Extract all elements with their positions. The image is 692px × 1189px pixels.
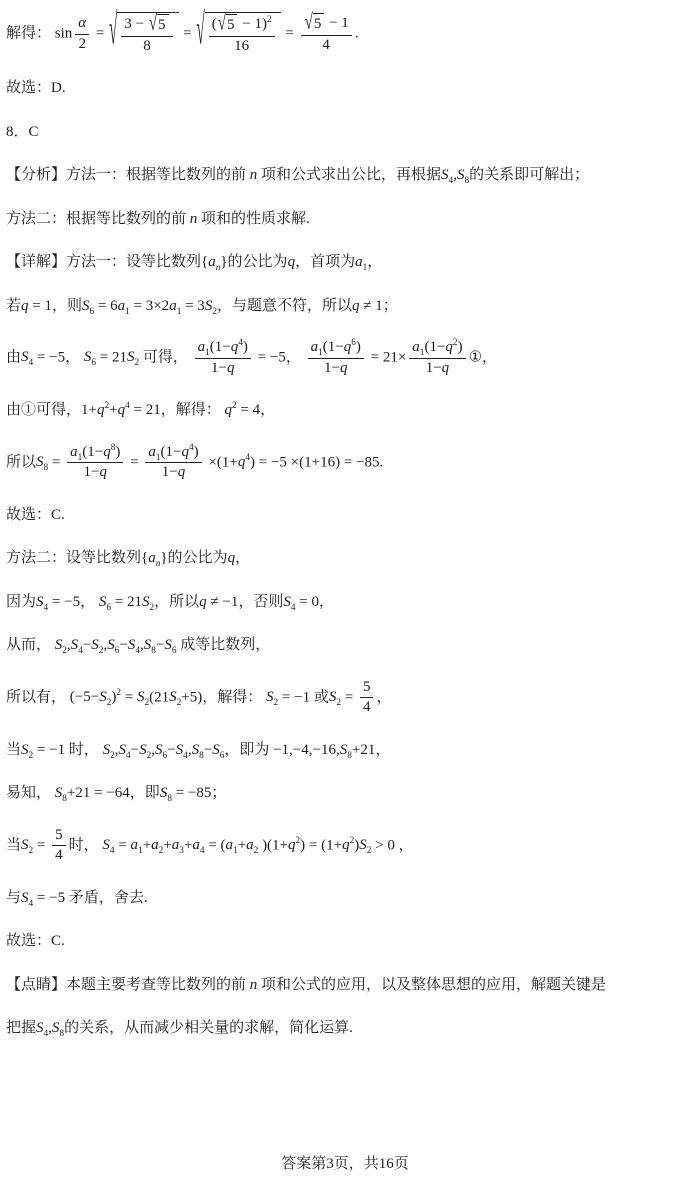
math-variable: S4 <box>441 167 453 183</box>
math-variable: q2 <box>224 402 236 418</box>
text-run: ) = (1+ <box>300 837 342 853</box>
text-run: (1− <box>210 339 231 355</box>
math-variable: a1 <box>148 444 160 460</box>
contradiction: 与S4 = −5 矛盾，舍去. <box>6 887 684 910</box>
math-variable: a3 <box>172 837 184 853</box>
text-run: = 21，解得： <box>130 402 225 418</box>
conclude-s8: 易知， S8+21 = −64，即S8 = −85； <box>6 782 684 805</box>
fraction: √5 − 14 <box>300 13 353 55</box>
text-run: = <box>115 837 131 853</box>
math-variable: q <box>199 594 207 610</box>
math-variable: S4 <box>128 637 140 653</box>
text-run: − 1) <box>238 16 266 32</box>
method2-setup: 方法二：设等比数列{an}的公比为q， <box>6 547 684 570</box>
math-variable: q <box>228 550 236 566</box>
text-run: = <box>180 25 196 41</box>
text-run: 【分析】方法一：根据等比数列的前 <box>6 167 250 183</box>
math-variable: S4 <box>119 742 131 758</box>
text-run: = <box>33 837 49 853</box>
case-s2-five-fourths: 当S2 = 54时， S4 = a1+a2+a3+a4 = (a1+a2 )(1… <box>6 826 684 866</box>
text-run: 由①可得，1+ <box>6 402 97 418</box>
document-body: 解得： sinα2 = √3 − √58 = √(√5 − 1)216 = √5… <box>6 12 684 1061</box>
math-variable: q <box>178 464 186 480</box>
math-script: (−5−S2)2 <box>70 689 121 705</box>
text-run: 方法二：设等比数列{ <box>6 550 148 566</box>
text-run: 由 <box>6 349 21 365</box>
math-variable: a1 <box>226 837 238 853</box>
case-q-equals-1: 若q = 1，则S6 = 6a1 = 3×2a1 = 3S2，与题意不符，所以q… <box>6 295 684 318</box>
math-variable: S2 <box>266 689 278 705</box>
math-variable: S8 <box>55 785 67 801</box>
math-variable: S8 <box>340 742 352 758</box>
math-variable: S8 <box>36 454 48 470</box>
radical: √5 <box>305 13 325 35</box>
math-variable: an <box>148 550 160 566</box>
fraction: 54 <box>51 826 67 866</box>
math-variable: q <box>100 464 108 480</box>
text-run: = −5 矛盾，舍去. <box>33 890 147 906</box>
math-variable: q2 <box>288 837 300 853</box>
math-variable: q <box>227 360 235 376</box>
text-run: 从而， <box>6 637 55 653</box>
math-variable: S4 <box>21 890 33 906</box>
math-variable: S2 <box>91 637 103 653</box>
math-variable: q6 <box>344 339 356 355</box>
text-run: ，所以 <box>154 594 199 610</box>
radical-sign-icon: √ <box>305 12 313 34</box>
text-run: = 4， <box>237 402 275 418</box>
text-run: 1− <box>211 360 227 376</box>
text-run: + <box>238 837 246 853</box>
math-variable: S2 <box>359 837 371 853</box>
text-run: ，首项为 <box>295 254 355 270</box>
radical-sign-icon: √ <box>218 13 226 35</box>
text-run: 把握 <box>6 1020 36 1036</box>
math-variable: S4 <box>176 742 188 758</box>
math-variable: S4 <box>283 594 295 610</box>
text-run: }的公比为 <box>220 254 287 270</box>
derive-sin-line: 解得： sinα2 = √3 − √58 = √(√5 − 1)216 = √5… <box>6 12 684 56</box>
text-run: 的关系，从而减少相关量的求解，简化运算. <box>64 1020 353 1036</box>
text-run: (−5− <box>70 689 99 705</box>
text-run: 1− <box>84 464 100 480</box>
text-run: (1− <box>323 339 344 355</box>
text-run: = 3×2 <box>130 298 169 314</box>
fraction: a1(1−q4)1−q <box>144 443 202 483</box>
math-variable: a1 <box>412 339 424 355</box>
text-run: 成等比数列， <box>177 637 271 653</box>
math-variable: a2 <box>246 837 258 853</box>
text-run: 3 − <box>124 16 147 32</box>
math-variable: q <box>21 298 29 314</box>
math-variable: S6 <box>212 742 224 758</box>
solve-q-squared: 由①可得，1+q2+q4 = 21，解得： q2 = 4， <box>6 399 684 422</box>
text-run: 的关系即可解出； <box>469 167 589 183</box>
text-run: 【点睛】本题主要考查等比数列的前 <box>6 977 250 993</box>
text-run: − <box>119 637 127 653</box>
text-run: ，即为 −1,−4,−16, <box>224 742 339 758</box>
answer-choice-d: 故选：D. <box>6 77 684 100</box>
text-run: = 1，则 <box>29 298 82 314</box>
text-run: 可得， <box>139 349 192 365</box>
text-run: ， <box>367 254 382 270</box>
fraction: 3 − √58 <box>120 14 173 56</box>
text-run: = <box>92 25 108 41</box>
radical: √5 <box>149 14 169 36</box>
text-run: = 21 <box>96 349 127 365</box>
radical-sign-icon: √ <box>197 11 205 55</box>
math-variable: q2 <box>97 402 109 418</box>
text-run: 项和公式求出公比，再根据 <box>257 167 441 183</box>
math-variable: S2 <box>21 742 33 758</box>
text-run: = 3 <box>181 298 204 314</box>
math-variable: S8 <box>144 637 156 653</box>
radical: √3 − √58 <box>109 12 178 56</box>
text-run: − <box>204 742 212 758</box>
math-variable: a1 <box>198 339 210 355</box>
text-run: = −5， <box>254 349 305 365</box>
text-run: +5)，解得： <box>181 689 266 705</box>
document-page: 解得： sinα2 = √3 − √58 = √(√5 − 1)216 = √5… <box>0 0 692 1189</box>
text-run: = −5， <box>33 349 84 365</box>
fraction: a1(1−q6)1−q <box>307 338 365 378</box>
fraction: a1(1−q8)1−q <box>66 443 124 483</box>
math-variable: S4 <box>36 1020 48 1036</box>
method2-conditions: 因为S4 = −5， S6 = 21S2，所以q ≠ −1，否则S4 = 0， <box>6 591 684 614</box>
math-variable: S8 <box>192 742 204 758</box>
text-run: 故选：C. <box>6 933 65 949</box>
fraction: a1(1−q4)1−q <box>194 338 252 378</box>
radical: √(√5 − 1)216 <box>197 12 281 56</box>
fraction: a1(1−q2)1−q <box>408 338 466 378</box>
text-run: − 1 <box>325 15 348 31</box>
math-variable: a1 <box>118 298 130 314</box>
math-variable: a1 <box>311 339 323 355</box>
math-variable: S2 <box>142 594 154 610</box>
solve-s2: 所以有， (−5−S2)2 = S2(21S2+5)，解得： S2 = −1 或… <box>6 678 684 718</box>
text-run: = <box>48 454 64 470</box>
math-variable: a2 <box>151 837 163 853</box>
text-run: 当 <box>6 742 21 758</box>
radical: √5 <box>218 14 238 36</box>
page-footer: 答案第3页，共16页 <box>6 1153 684 1176</box>
text-run: 与 <box>6 890 21 906</box>
detail-method1-setup: 【详解】方法一：设等比数列{an}的公比为q，首项为a1， <box>6 251 684 274</box>
math-variable: S2 <box>139 742 151 758</box>
math-variable: a1 <box>131 837 143 853</box>
math-variable: q4 <box>238 454 250 470</box>
math-variable: S6 <box>82 298 94 314</box>
text-run: 解得： sin <box>6 25 72 41</box>
text-run: = 21× <box>367 349 406 365</box>
math-variable: a1 <box>169 298 181 314</box>
analysis-method2: 方法二：根据等比数列的前 n 项和的性质求解. <box>6 208 684 231</box>
text-run: 故选：D. <box>6 80 66 96</box>
text-run: = −1 或 <box>278 689 329 705</box>
text-run: (21 <box>149 689 169 705</box>
math-variable: S2 <box>205 298 217 314</box>
sum-formula-equations: 由S4 = −5， S6 = 21S2 可得， a1(1−q4)1−q = −5… <box>6 338 684 378</box>
text-run: (1− <box>82 444 103 460</box>
fraction: 54 <box>359 678 375 718</box>
math-variable: a1 <box>355 254 367 270</box>
math-variable: q2 <box>445 339 457 355</box>
math-variable: S4 <box>36 594 48 610</box>
math-variable: S2 <box>55 637 67 653</box>
radical-sign-icon: √ <box>109 11 117 55</box>
text-run: ) <box>115 444 120 460</box>
text-run: (1− <box>161 444 182 460</box>
text-run: = <box>126 454 142 470</box>
text-run: ) <box>194 444 199 460</box>
text-run: 1− <box>324 360 340 376</box>
text-run: ①， <box>469 349 497 365</box>
text-run: = <box>282 25 298 41</box>
text-run: ( <box>212 16 217 32</box>
text-run: ，与题意不符，所以 <box>217 298 352 314</box>
math-variable: S2 <box>169 689 181 705</box>
math-variable: α <box>78 15 86 31</box>
text-run: )(1+ <box>258 837 288 853</box>
key-point-1: 【点睛】本题主要考查等比数列的前 n 项和公式的应用，以及整体思想的应用，解题关… <box>6 974 684 997</box>
text-run: ) <box>243 339 248 355</box>
text-run: = 6 <box>94 298 117 314</box>
text-run: 时， <box>69 837 103 853</box>
math-variable: S2 <box>137 689 149 705</box>
math-script: (√5 − 1)2 <box>212 16 272 32</box>
math-variable: S6 <box>99 594 111 610</box>
text-run: 若 <box>6 298 21 314</box>
math-variable: S2 <box>329 689 341 705</box>
text-run: +21， <box>352 742 390 758</box>
text-run: ≠ −1，否则 <box>207 594 284 610</box>
text-run: ×(1+ <box>205 454 238 470</box>
text-run: − <box>131 742 139 758</box>
math-variable: S8 <box>52 1020 64 1036</box>
text-run: 项和的性质求解. <box>197 211 310 227</box>
text-run: = ( <box>205 837 226 853</box>
compute-s8: 所以S8 = a1(1−q8)1−q = a1(1−q4)1−q ×(1+q4)… <box>6 443 684 483</box>
math-variable: an <box>208 254 220 270</box>
math-variable: S4 <box>21 349 33 365</box>
math-variable: q4 <box>118 402 130 418</box>
math-variable: S6 <box>84 349 96 365</box>
text-run: = −1 时， <box>33 742 102 758</box>
math-variable: S6 <box>107 637 119 653</box>
text-run: ) <box>356 339 361 355</box>
answer-choice-c-method2: 故选：C. <box>6 930 684 953</box>
text-run: }的公比为 <box>160 550 227 566</box>
text-run: ， <box>235 550 250 566</box>
text-run: (1− <box>424 339 445 355</box>
math-variable: S4 <box>102 837 114 853</box>
text-run: ) = −5 ×(1+16) = −85. <box>250 454 383 470</box>
math-variable: q <box>288 254 296 270</box>
case-s2-neg1: 当S2 = −1 时， S2,S4−S2,S6−S4,S8−S6，即为 −1,−… <box>6 739 684 762</box>
text-run: ) <box>458 339 463 355</box>
text-run: = <box>121 689 137 705</box>
text-run: +21 = −64，即 <box>67 785 160 801</box>
radical-sign-icon: √ <box>149 13 157 35</box>
text-run: + <box>163 837 171 853</box>
text-run: ≠ 1； <box>359 298 397 314</box>
question-8-answer: 8．C <box>6 121 684 144</box>
math-variable: S2 <box>103 742 115 758</box>
text-run: = <box>341 689 357 705</box>
text-run: 当 <box>6 837 21 853</box>
math-variable: S6 <box>164 637 176 653</box>
math-variable: q <box>442 360 450 376</box>
math-variable: S8 <box>457 167 469 183</box>
text-run: 8．C <box>6 124 39 140</box>
text-run: 故选：C. <box>6 507 65 523</box>
math-variable: S4 <box>71 637 83 653</box>
text-run: + <box>143 837 151 853</box>
analysis-method1: 【分析】方法一：根据等比数列的前 n 项和公式求出公比，再根据S4,S8的关系即… <box>6 164 684 187</box>
math-variable: q8 <box>103 444 115 460</box>
math-variable: S8 <box>160 785 172 801</box>
text-run: . <box>355 25 359 41</box>
text-run: 方法二：根据等比数列的前 <box>6 211 190 227</box>
text-run: = 0， <box>296 594 334 610</box>
text-run: + <box>109 402 117 418</box>
fraction: (√5 − 1)216 <box>208 14 276 56</box>
math-variable: S2 <box>21 837 33 853</box>
text-run: ， <box>376 689 391 705</box>
text-run: 因为 <box>6 594 36 610</box>
text-run: − <box>167 742 175 758</box>
math-variable: a1 <box>70 444 82 460</box>
answer-choice-c-method1: 故选：C. <box>6 504 684 527</box>
text-run: 1− <box>426 360 442 376</box>
key-point-2: 把握S4,S8的关系，从而减少相关量的求解，简化运算. <box>6 1017 684 1040</box>
text-run: 所以 <box>6 454 36 470</box>
text-run: = −85； <box>172 785 226 801</box>
geometric-subsequence: 从而， S2,S4−S2,S6−S4,S8−S6 成等比数列， <box>6 634 684 657</box>
math-variable: S2 <box>99 689 111 705</box>
text-run: 1− <box>162 464 178 480</box>
text-run: = −5， <box>48 594 99 610</box>
math-variable: q2 <box>342 837 354 853</box>
math-variable: q4 <box>182 444 194 460</box>
math-variable: a4 <box>192 837 204 853</box>
fraction: α2 <box>74 14 90 54</box>
text-run: 所以有， <box>6 689 70 705</box>
math-variable: q <box>340 360 348 376</box>
text-run: > 0 ， <box>371 837 413 853</box>
math-variable: q4 <box>231 339 243 355</box>
math-variable: S2 <box>127 349 139 365</box>
text-run: 【详解】方法一：设等比数列{ <box>6 254 208 270</box>
text-run: 项和公式的应用，以及整体思想的应用，解题关键是 <box>257 977 606 993</box>
math-variable: S6 <box>155 742 167 758</box>
text-run: = 21 <box>111 594 142 610</box>
text-run: 易知， <box>6 785 55 801</box>
